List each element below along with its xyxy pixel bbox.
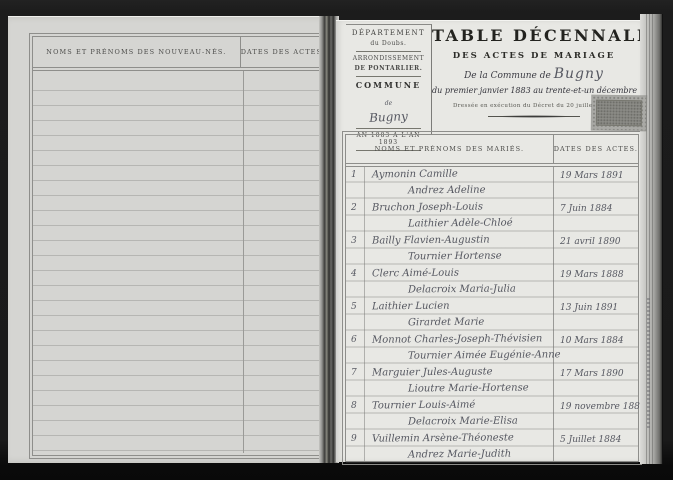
divider-rule [356, 128, 421, 129]
act-date: 5 Juillet 1884 [560, 435, 638, 445]
entry-number: 3 [351, 236, 357, 246]
departement-label: DÉPARTEMENT [346, 29, 431, 37]
marriage-entry: 5 Laithier Lucien Girardet Marie 13 Juin… [346, 299, 638, 332]
entry-number: 2 [351, 203, 357, 213]
left-dates-column-header: DATES DES ACTES. [241, 48, 325, 56]
marriage-entry: 1 Aymonin Camille Andrez Adeline 19 Mars… [346, 167, 638, 200]
marriage-table-header: NOMS ET PRÉNOMS DES MARIÉS. DATES DES AC… [346, 135, 638, 164]
wife-name: Andrez Marie-Judith [408, 449, 511, 461]
admin-box: DÉPARTEMENT du Doubs. ARRONDISSEMENT DE … [346, 24, 432, 134]
left-page: NOMS ET PRÉNOMS DES NOUVEAU-NÉS. DATES D… [8, 16, 330, 463]
wife-name: Tournier Hortense [408, 251, 502, 263]
arrondissement-value: DE PONTARLIER. [346, 65, 431, 72]
arrondissement-label: ARRONDISSEMENT [346, 55, 431, 62]
act-date: 19 Mars 1891 [560, 171, 638, 181]
left-names-column-header: NOMS ET PRÉNOMS DES NOUVEAU-NÉS. [46, 48, 226, 56]
act-date: 19 Mars 1888 [560, 270, 638, 280]
husband-name: Aymonin Camille [372, 169, 458, 181]
act-date: 21 avril 1890 [560, 237, 638, 247]
page-stack-edge [640, 14, 663, 464]
page-title: TABLE DÉCENNALE [432, 26, 636, 45]
husband-name: Marguier Jules-Auguste [372, 366, 493, 378]
left-table-blank-rows [33, 70, 325, 453]
scanned-register-spread: NOMS ET PRÉNOMS DES NOUVEAU-NÉS. DATES D… [0, 0, 673, 480]
commune-de: de [385, 100, 392, 107]
commune-line-value: Bugny [554, 66, 604, 82]
marriage-table-body: 1 Aymonin Camille Andrez Adeline 19 Mars… [346, 166, 638, 461]
entry-number: 1 [351, 170, 357, 180]
marriage-entry: 3 Bailly Flavien-Augustin Tournier Horte… [346, 233, 638, 266]
marriage-table: NOMS ET PRÉNOMS DES MARIÉS. DATES DES AC… [345, 134, 639, 462]
wife-name: Andrez Adeline [408, 185, 486, 197]
right-page: DÉPARTEMENT du Doubs. ARRONDISSEMENT DE … [336, 20, 640, 462]
husband-name: Bailly Flavien-Augustin [372, 234, 490, 246]
page-subtitle: DES ACTES DE MARIAGE [432, 51, 636, 61]
revenue-stamp-inner [596, 100, 642, 127]
act-date: 13 Juin 1891 [560, 303, 638, 313]
commune-label: COMMUNE [346, 80, 431, 90]
marriage-entry: 9 Vuillemin Arsène-Théoneste Andrez Mari… [346, 431, 638, 464]
entry-number: 6 [351, 335, 357, 345]
marriage-entry: 6 Monnot Charles-Joseph-Thévisien Tourni… [346, 332, 638, 365]
wife-name: Delacroix Marie-Elisa [408, 416, 518, 428]
left-column-divider [243, 71, 244, 453]
divider-rule [356, 51, 421, 52]
entry-number: 9 [351, 434, 357, 444]
husband-name: Laithier Lucien [372, 301, 450, 313]
printer-imprint-smudge [647, 298, 650, 430]
wife-name: Girardet Marie [408, 317, 484, 329]
wife-name: Tournier Aimée Eugénie-Anne [408, 349, 561, 361]
marriage-entry: 8 Tournier Louis-Aimé Delacroix Marie-El… [346, 398, 638, 431]
husband-name: Vuillemin Arsène-Théoneste [372, 432, 514, 444]
names-column-header: NOMS ET PRÉNOMS DES MARIÉS. [375, 145, 525, 153]
commune-handwritten: Bugny [346, 108, 432, 126]
dates-column-header: DATES DES ACTES. [554, 145, 638, 153]
marriage-entry: 2 Bruchon Joseph-Louis Laithier Adèle-Ch… [346, 200, 638, 233]
marriage-entry: 7 Marguier Jules-Auguste Lioutre Marie-H… [346, 365, 638, 398]
entry-number: 4 [351, 269, 357, 279]
husband-name: Tournier Louis-Aimé [372, 400, 475, 412]
act-date: 7 Juin 1884 [560, 204, 638, 214]
husband-name: Bruchon Joseph-Louis [372, 202, 483, 214]
revenue-stamp [592, 96, 646, 131]
departement-value: du Doubs. [346, 40, 431, 47]
act-date: 19 novembre 1883 [560, 402, 638, 412]
period-line: du premier janvier 1883 au trente-et-un … [432, 86, 636, 95]
marriage-entry: 4 Clerc Aimé-Louis Delacroix Maria-Julia… [346, 266, 638, 299]
left-table: NOMS ET PRÉNOMS DES NOUVEAU-NÉS. DATES D… [32, 36, 326, 456]
wife-name: Lioutre Marie-Hortense [408, 382, 529, 394]
entry-number: 7 [351, 368, 357, 378]
decorative-flourish [488, 115, 580, 118]
act-date: 10 Mars 1884 [560, 336, 638, 346]
entry-number: 8 [351, 401, 357, 411]
entry-number: 5 [351, 302, 357, 312]
act-date: 17 Mars 1890 [560, 369, 638, 379]
husband-name: Clerc Aimé-Louis [372, 268, 459, 280]
commune-line-prefix: De la Commune de [464, 71, 551, 81]
husband-name: Monnot Charles-Joseph-Thévisien [372, 333, 542, 345]
left-table-header: NOMS ET PRÉNOMS DES NOUVEAU-NÉS. DATES D… [33, 37, 325, 68]
divider-rule [356, 76, 421, 77]
wife-name: Laithier Adèle-Chloé [408, 218, 513, 230]
wife-name: Delacroix Maria-Julia [408, 284, 516, 296]
